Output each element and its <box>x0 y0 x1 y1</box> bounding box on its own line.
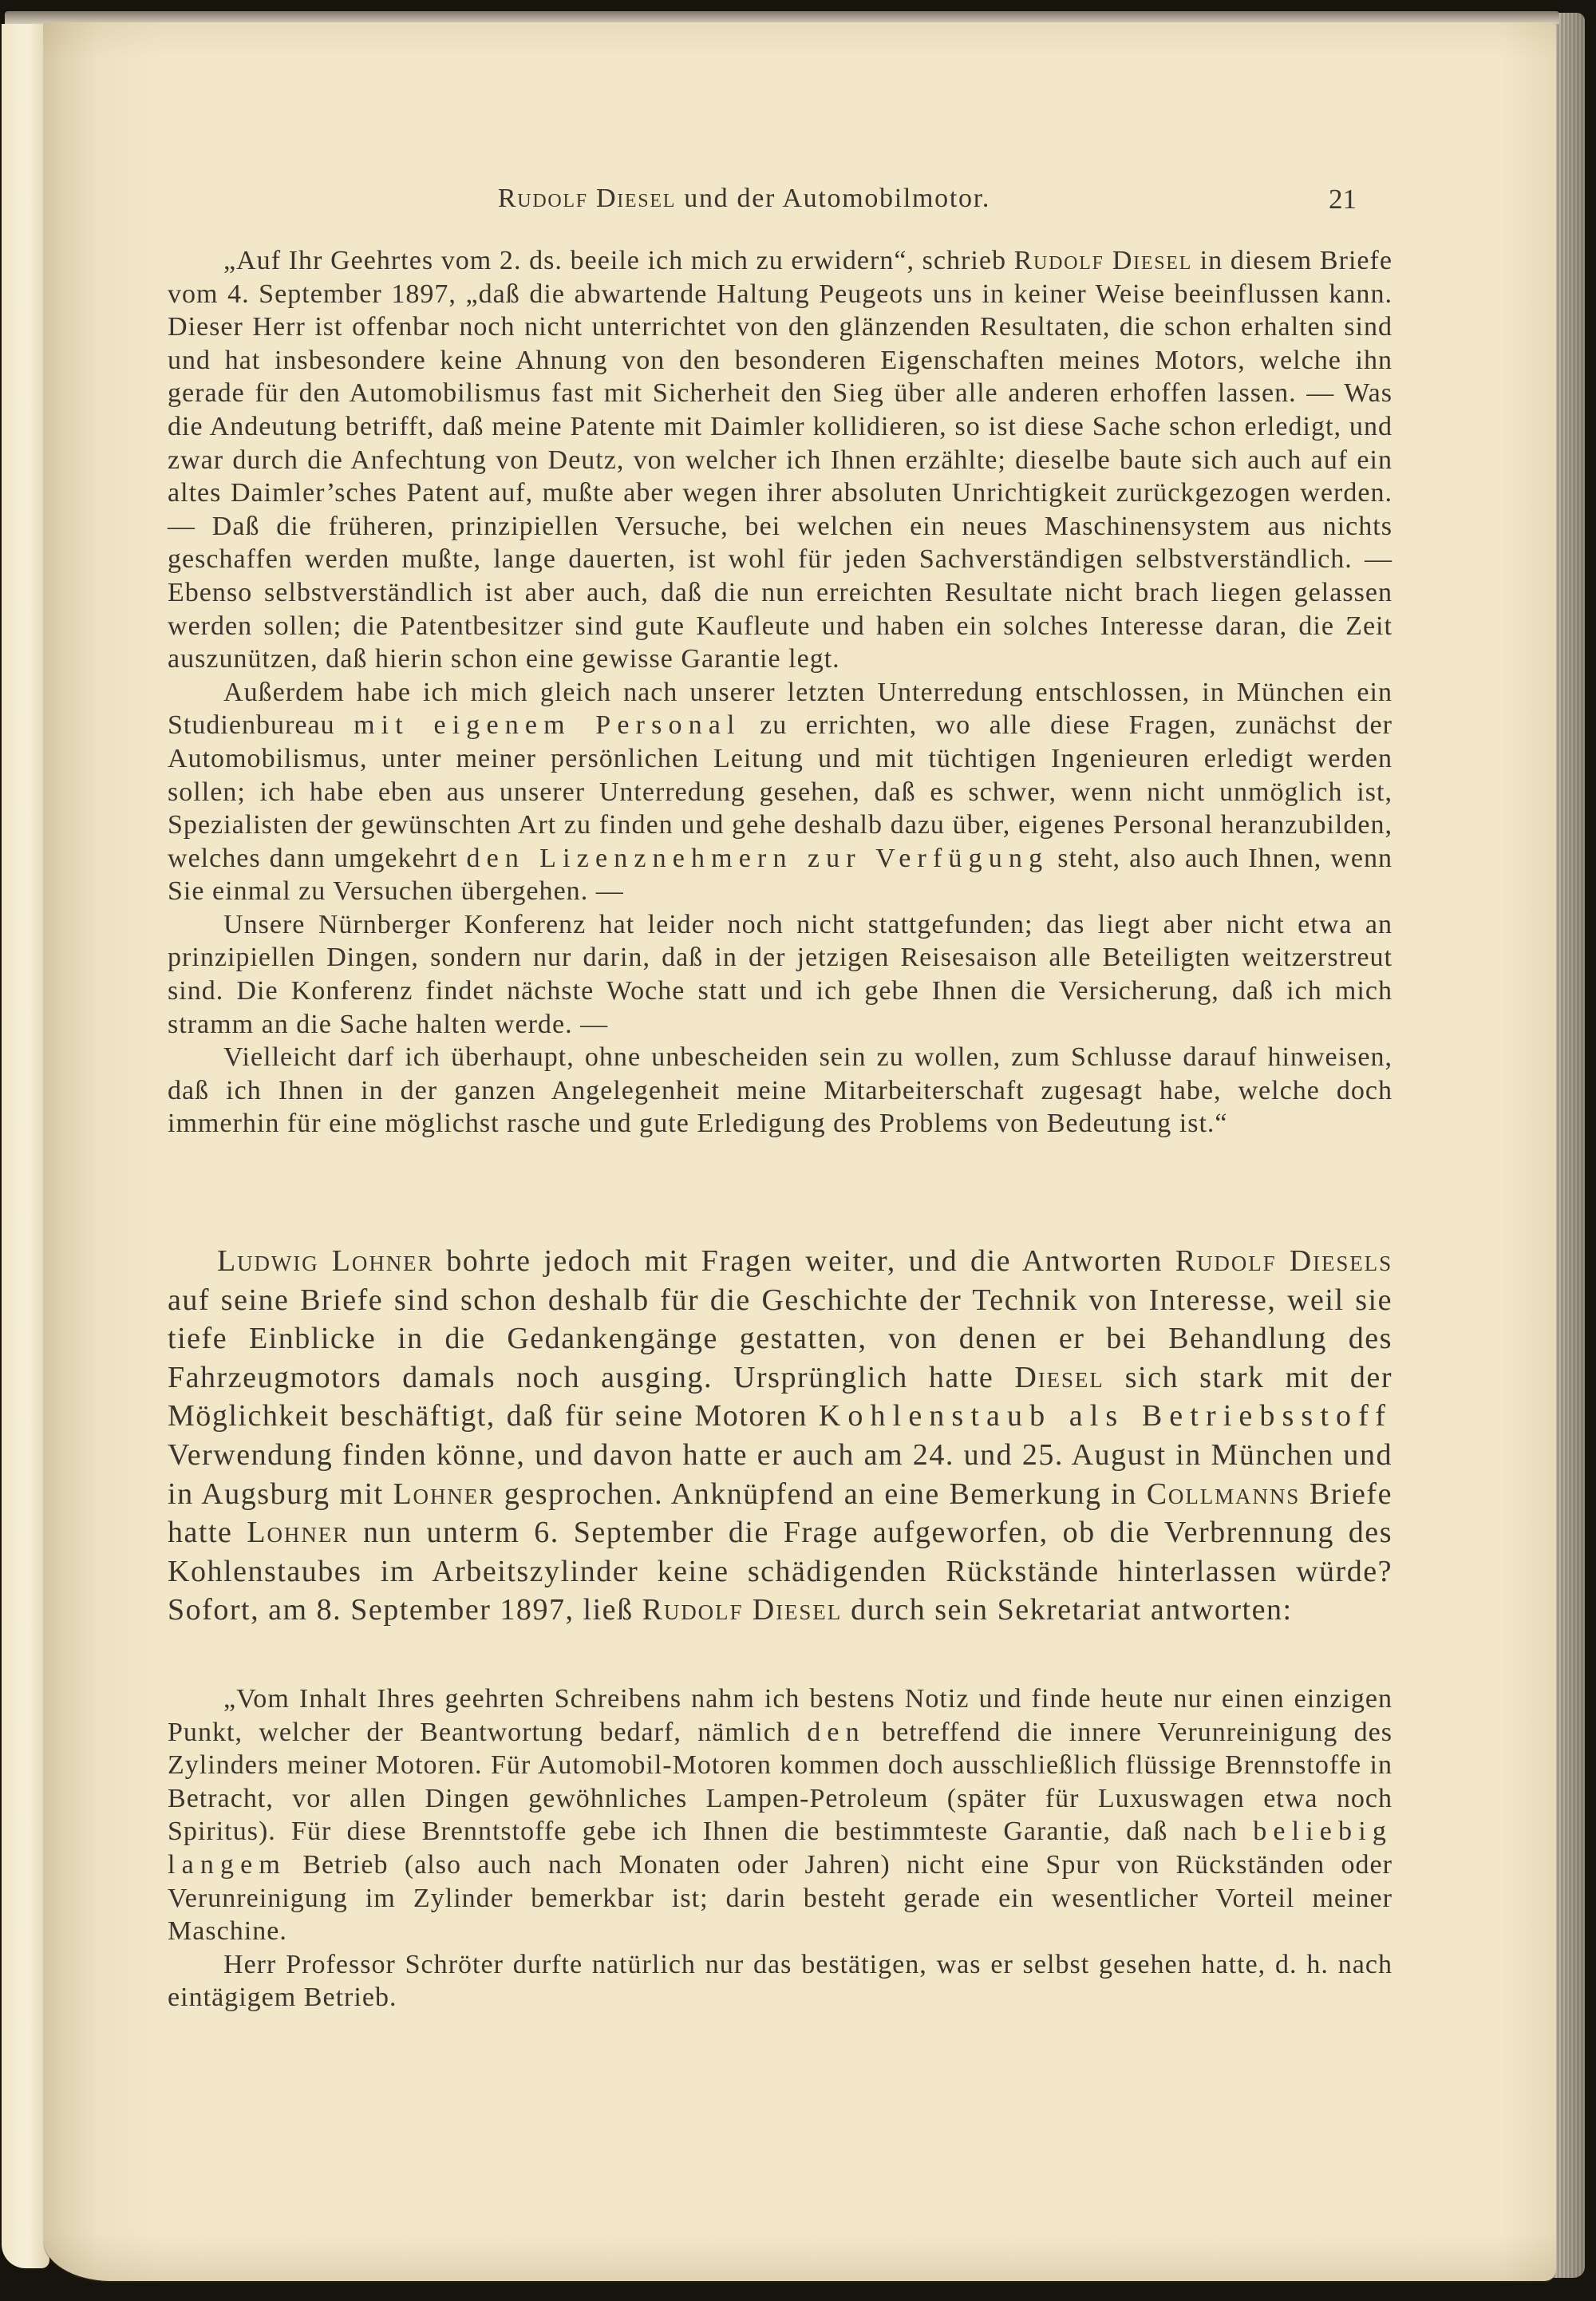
text-segment: Vielleicht darf ich überhaupt, ohne unbe… <box>168 1042 1393 1138</box>
spaced-emphasis: den Lizenznehmern zur Verfügung <box>466 844 1049 873</box>
text-segment: bohrte jedoch mit Fragen weiter, und die… <box>433 1244 1175 1278</box>
narrative-block: Ludwig Lohner bohrte jedoch mit Fragen w… <box>168 1242 1393 1630</box>
small-caps-name: Rudolf Diesel <box>1014 246 1192 275</box>
running-title: Rudolf Diesel und der Automobilmotor. <box>132 184 1357 214</box>
paragraph: Ludwig Lohner bohrte jedoch mit Fragen w… <box>168 1242 1393 1630</box>
small-caps-name: Rudolf Diesel <box>642 1593 842 1627</box>
running-title-names: Rudolf Diesel <box>498 184 676 213</box>
paragraph: Vielleicht darf ich überhaupt, ohne unbe… <box>168 1041 1393 1141</box>
paragraph: Herr Professor Schröter durfte natürlich… <box>168 1948 1393 2014</box>
printed-text-layer: Rudolf Diesel und der Automobilmotor. 21… <box>0 0 1596 2301</box>
text-segment: gesprochen. Anknüpfend an eine Bemerkung… <box>495 1477 1147 1511</box>
small-caps-name: Lohner <box>247 1516 349 1549</box>
small-caps-name: Lohner <box>393 1477 495 1511</box>
spaced-emphasis: Kohlenstaub als Betriebsstoff <box>819 1399 1393 1433</box>
text-segment: Betrieb (also auch nach Monaten oder Jah… <box>168 1850 1393 1946</box>
text-segment: in diesem Briefe vom 4. September 1897, … <box>168 246 1393 674</box>
paragraph: Unsere Nürnberger Konferenz hat leider n… <box>168 908 1393 1041</box>
text-segment: „Auf Ihr Geehrtes vom 2. ds. beeile ich … <box>223 246 1014 275</box>
spaced-emphasis: den <box>807 1718 866 1747</box>
letter-block-1: „Auf Ihr Geehrtes vom 2. ds. beeile ich … <box>168 244 1393 1141</box>
text-segment: durch sein Sekretariat antworten: <box>842 1593 1293 1627</box>
small-caps-name: Collmanns <box>1147 1477 1300 1511</box>
letter-block-2: „Vom Inhalt Ihres geehrten Schreibens na… <box>168 1682 1393 2014</box>
small-caps-name: Diesel <box>1014 1361 1104 1394</box>
running-header: Rudolf Diesel und der Automobilmotor. 21 <box>168 184 1393 220</box>
page-number: 21 <box>1329 184 1357 215</box>
spaced-emphasis: mit eigenem Personal <box>354 710 741 740</box>
small-caps-name: Rudolf Diesels <box>1175 1244 1393 1278</box>
paragraph: „Auf Ihr Geehrtes vom 2. ds. beeile ich … <box>168 244 1393 676</box>
text-segment: Herr Professor Schröter durfte natürlich… <box>168 1950 1393 2013</box>
text-segment: Unsere Nürnberger Konferenz hat leider n… <box>168 910 1393 1039</box>
small-caps-name: Ludwig Lohner <box>217 1244 433 1278</box>
paragraph: Außerdem habe ich mich gleich nach unser… <box>168 676 1393 908</box>
running-title-rest: und der Automobilmotor. <box>676 184 990 213</box>
book-page-scan: Rudolf Diesel und der Automobilmotor. 21… <box>0 0 1596 2301</box>
paragraph: „Vom Inhalt Ihres geehrten Schreibens na… <box>168 1682 1393 1948</box>
